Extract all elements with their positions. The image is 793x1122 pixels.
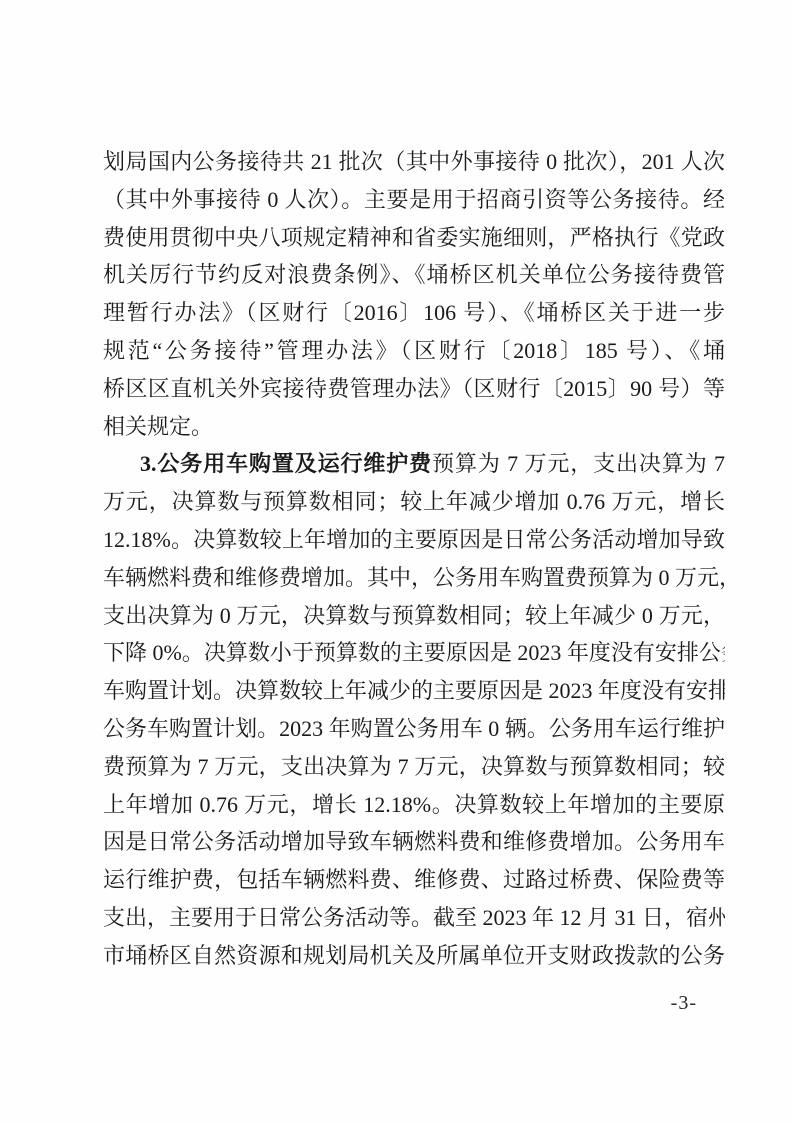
- document-body: 划局国内公务接待共 21 批次（其中外事接待 0 批次），201 人次 （其中外…: [103, 143, 725, 975]
- paragraph-line: 上年增加 0.76 万元，增长 12.18%。决算数较上年增加的主要原: [103, 786, 725, 824]
- paragraph-line: 规范“公务接待”管理办法》（区财行〔2018〕185 号）、《埇: [103, 332, 725, 370]
- paragraph-line: 车购置计划。决算数较上年减少的主要原因是 2023 年度没有安排: [103, 672, 725, 710]
- paragraph-line: 理暂行办法》（区财行〔2016〕106 号）、《埇桥区关于进一步: [103, 294, 725, 332]
- paragraph-line: 车辆燃料费和维修费增加。其中，公务用车购置费预算为 0 万元，: [103, 559, 725, 597]
- paragraph-line: 因是日常公务活动增加导致车辆燃料费和维修费增加。公务用车: [103, 823, 725, 861]
- paragraph-line: 桥区区直机关外宾接待费管理办法》（区财行〔2015〕90 号）等: [103, 370, 725, 408]
- paragraph-line: 机关厉行节约反对浪费条例》、《埇桥区机关单位公务接待费管: [103, 256, 725, 294]
- paragraph-line: 3.公务用车购置及运行维护费预算为 7 万元，支出决算为 7: [103, 445, 725, 483]
- paragraph-last-line: 相关规定。: [103, 408, 725, 446]
- paragraph-line: 划局国内公务接待共 21 批次（其中外事接待 0 批次），201 人次: [103, 143, 725, 181]
- paragraph-line: 费使用贯彻中央八项规定精神和省委实施细则，严格执行《党政: [103, 219, 725, 257]
- paragraph-line: 运行维护费，包括车辆燃料费、维修费、过路过桥费、保险费等: [103, 861, 725, 899]
- paragraph-text: 预算为 7 万元，支出决算为 7: [432, 451, 725, 476]
- section-heading: 3.公务用车购置及运行维护费: [140, 451, 432, 476]
- paragraph-line: 市埇桥区自然资源和规划局机关及所属单位开支财政拨款的公务: [103, 937, 725, 975]
- paragraph-line: 费预算为 7 万元，支出决算为 7 万元，决算数与预算数相同；较: [103, 748, 725, 786]
- paragraph-line: （其中外事接待 0 人次）。主要是用于招商引资等公务接待。经: [103, 181, 725, 219]
- page-number: -3-: [671, 992, 697, 1015]
- document-page: 划局国内公务接待共 21 批次（其中外事接待 0 批次），201 人次 （其中外…: [0, 0, 793, 1122]
- paragraph-line: 支出，主要用于日常公务活动等。截至 2023 年 12 月 31 日，宿州: [103, 899, 725, 937]
- paragraph-line: 万元，决算数与预算数相同；较上年减少增加 0.76 万元，增长: [103, 483, 725, 521]
- paragraph-line: 支出决算为 0 万元，决算数与预算数相同；较上年减少 0 万元，: [103, 597, 725, 635]
- paragraph-line: 公务车购置计划。2023 年购置公务用车 0 辆。公务用车运行维护: [103, 710, 725, 748]
- paragraph-line: 下降 0%。决算数小于预算数的主要原因是 2023 年度没有安排公务: [103, 634, 725, 672]
- paragraph-line: 12.18%。决算数较上年增加的主要原因是日常公务活动增加导致: [103, 521, 725, 559]
